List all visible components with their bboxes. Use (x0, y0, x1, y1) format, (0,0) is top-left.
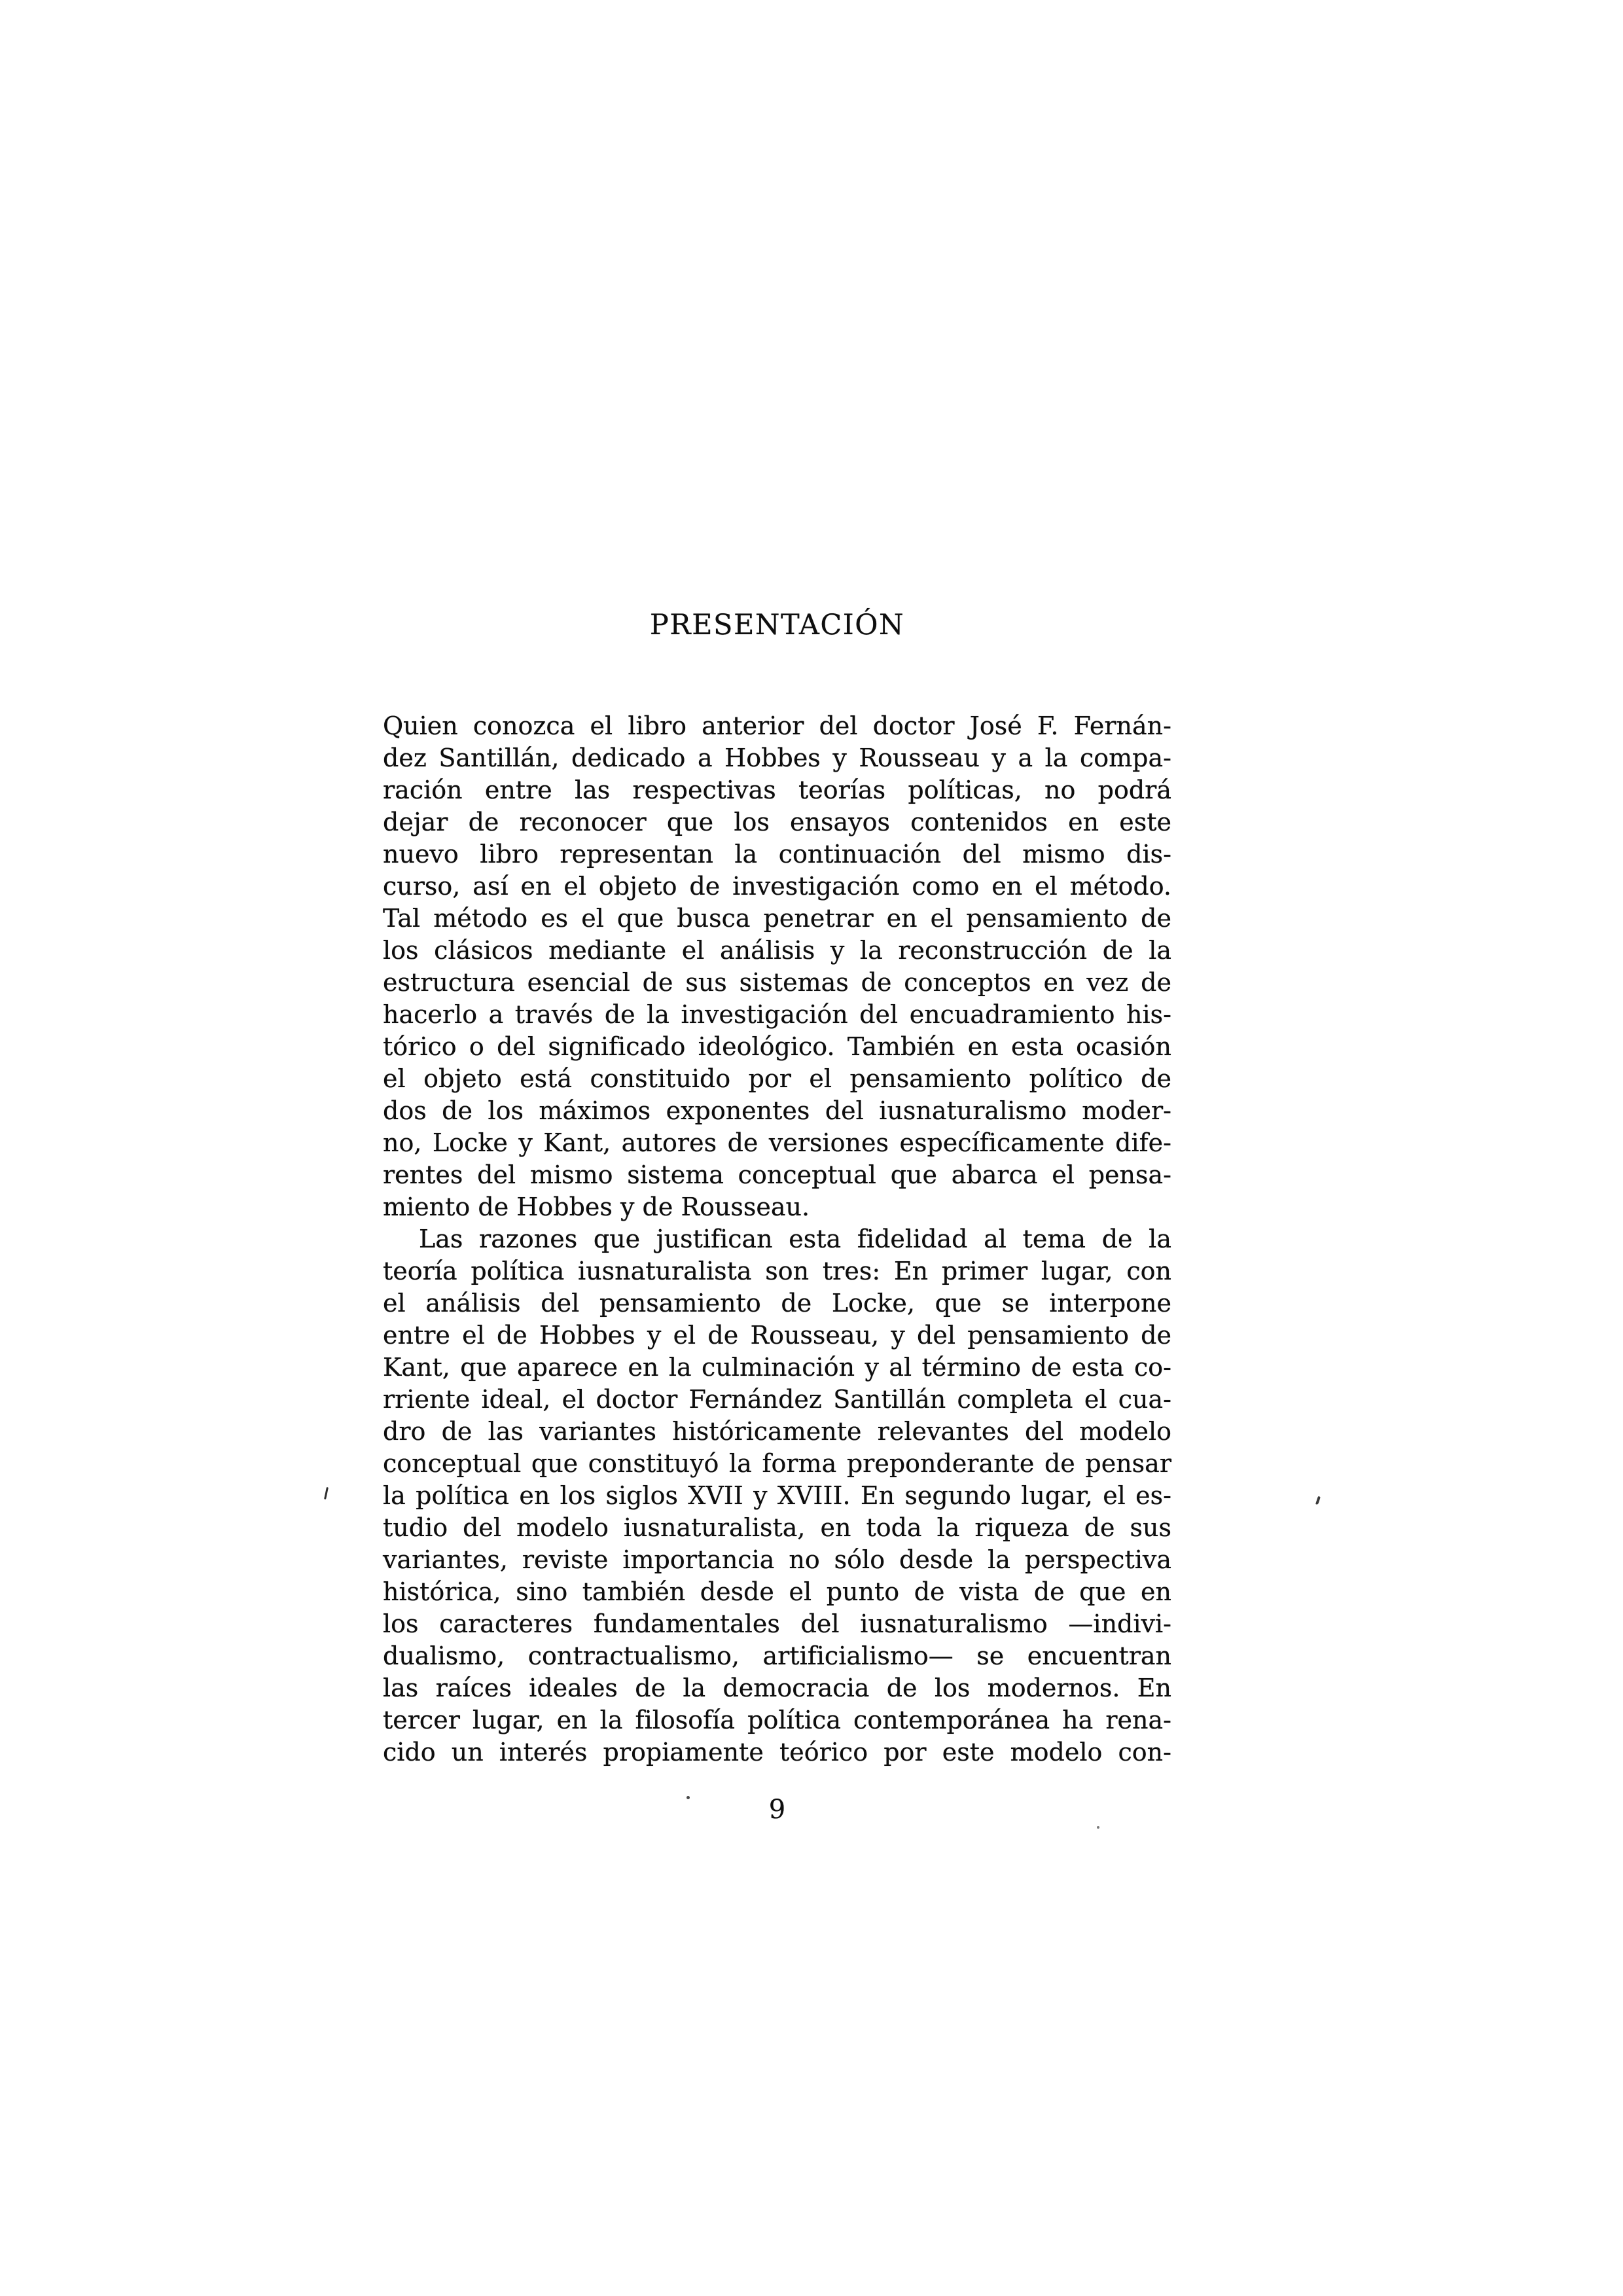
text-line: no, Locke y Kant, autores de versiones e… (383, 1127, 1171, 1159)
text-line: tórico o del significado ideológico. Tam… (383, 1031, 1171, 1063)
text-line: hacerlo a través de la investigación del… (383, 999, 1171, 1031)
page-title: PRESENTACIÓN (383, 609, 1171, 641)
text-line: entre el de Hobbes y el de Rousseau, y d… (383, 1319, 1171, 1352)
scan-artifact-dot (1097, 1826, 1099, 1829)
paragraph-2: Las razones que justifican esta fidelida… (383, 1223, 1171, 1768)
text-line: la política en los siglos XVII y XVIII. … (383, 1480, 1171, 1512)
text-line: tudio del modelo iusnaturalista, en toda… (383, 1512, 1171, 1544)
text-line: Quien conozca el libro anterior del doct… (383, 710, 1171, 742)
text-line: los clásicos mediante el análisis y la r… (383, 935, 1171, 967)
page-number: 9 (383, 1795, 1171, 1825)
scan-artifact-dot (687, 1796, 690, 1799)
text-line: dejar de reconocer que los ensayos conte… (383, 806, 1171, 838)
text-line: dualismo, contractualismo, artificialism… (383, 1640, 1171, 1672)
text-line: cido un interés propiamente teórico por … (383, 1736, 1171, 1768)
text-line: dro de las variantes históricamente rele… (383, 1416, 1171, 1448)
text-line: teoría política iusnaturalista son tres:… (383, 1255, 1171, 1287)
text-line: curso, así en el objeto de investigación… (383, 870, 1171, 903)
text-line: variantes, reviste importancia no sólo d… (383, 1544, 1171, 1576)
body-text: Quien conozca el libro anterior del doct… (383, 710, 1171, 1768)
text-line: miento de Hobbes y de Rousseau. (383, 1191, 1171, 1223)
text-line: conceptual que constituyó la forma prepo… (383, 1448, 1171, 1480)
scan-artifact-left-margin (324, 1487, 329, 1499)
scan-artifact-right-margin (1315, 1496, 1321, 1505)
text-line: el análisis del pensamiento de Locke, qu… (383, 1287, 1171, 1319)
text-line: nuevo libro representan la continuación … (383, 838, 1171, 870)
text-line: Las razones que justifican esta fidelida… (383, 1223, 1171, 1255)
text-line: ración entre las respectivas teorías pol… (383, 774, 1171, 806)
text-line: dos de los máximos exponentes del iusnat… (383, 1095, 1171, 1127)
text-line: rentes del mismo sistema conceptual que … (383, 1159, 1171, 1191)
text-line: Kant, que aparece en la culminación y al… (383, 1352, 1171, 1384)
text-line: Tal método es el que busca penetrar en e… (383, 903, 1171, 935)
text-line: rriente ideal, el doctor Fernández Santi… (383, 1384, 1171, 1416)
text-line: tercer lugar, en la filosofía política c… (383, 1704, 1171, 1736)
text-line: el objeto está constituido por el pensam… (383, 1063, 1171, 1095)
text-line: dez Santillán, dedicado a Hobbes y Rouss… (383, 742, 1171, 774)
book-page: PRESENTACIÓN Quien conozca el libro ante… (0, 0, 1623, 2296)
text-line: los caracteres fundamentales del iusnatu… (383, 1608, 1171, 1640)
text-line: histórica, sino también desde el punto d… (383, 1576, 1171, 1608)
text-line: estructura esencial de sus sistemas de c… (383, 967, 1171, 999)
text-line: las raíces ideales de la democracia de l… (383, 1672, 1171, 1704)
paragraph-1: Quien conozca el libro anterior del doct… (383, 710, 1171, 1223)
